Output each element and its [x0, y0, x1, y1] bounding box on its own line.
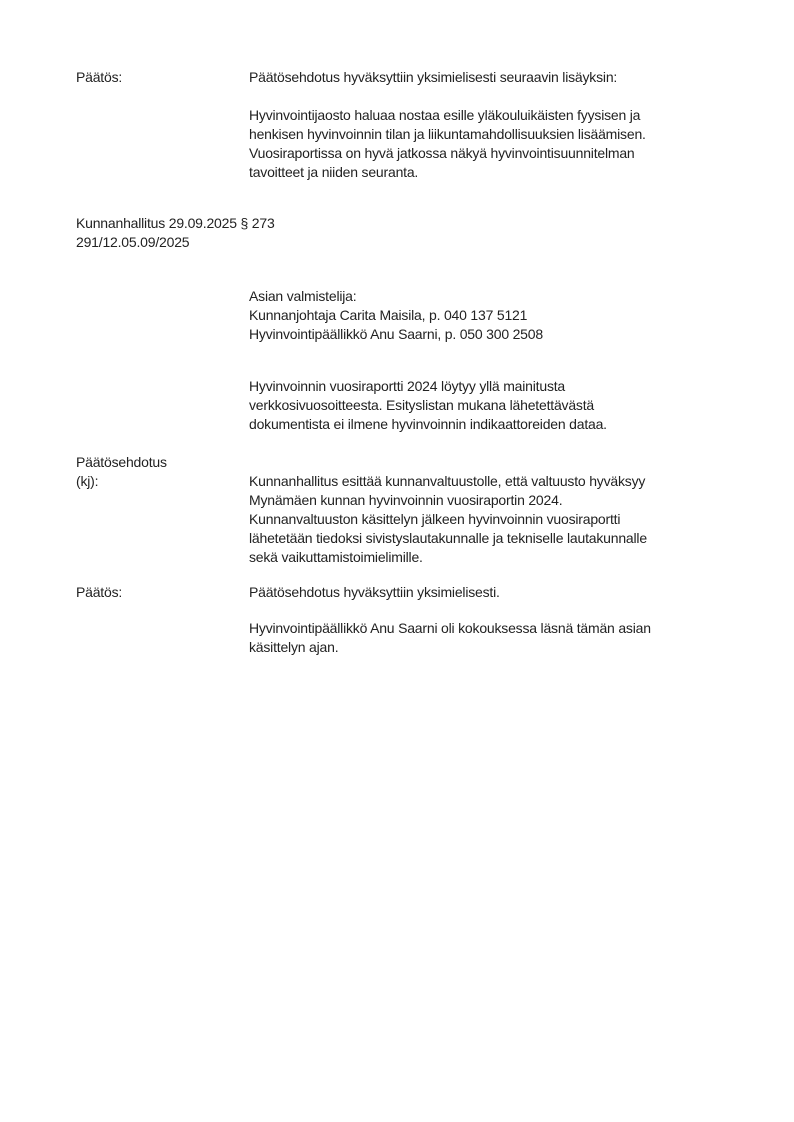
- addition-line: Vuosiraportissa on hyvä jatkossa näkyä h…: [249, 144, 739, 163]
- body-line: dokumentista ei ilmene hyvinvoinnin indi…: [249, 415, 739, 434]
- decision-addition: Hyvinvointijaosto haluaa nostaa esille y…: [249, 106, 739, 182]
- decision-label: Päätös:: [76, 68, 122, 87]
- addition-line: henkisen hyvinvoinnin tilan ja liikuntam…: [249, 125, 739, 144]
- meeting-heading: Kunnanhallitus 29.09.2025 § 273: [76, 214, 275, 233]
- body-line: verkkosivuosoitteesta. Esityslistan muka…: [249, 396, 739, 415]
- preparer-contact: Hyvinvointipäällikkö Anu Saarni, p. 050 …: [249, 325, 739, 344]
- body-paragraph: Hyvinvoinnin vuosiraportti 2024 löytyy y…: [249, 377, 739, 434]
- body-line: Hyvinvoinnin vuosiraportti 2024 löytyy y…: [249, 377, 739, 396]
- proposal-line: lähetetään tiedoksi sivistyslautakunnall…: [249, 529, 739, 548]
- addition-line: Hyvinvointijaosto haluaa nostaa esille y…: [249, 106, 739, 125]
- attendance-note: Hyvinvointipäällikkö Anu Saarni oli koko…: [249, 619, 739, 657]
- proposal-line: Kunnanvaltuuston käsittelyn jälkeen hyvi…: [249, 510, 739, 529]
- proposal-text: Kunnanhallitus esittää kunnanvaltuustoll…: [249, 472, 739, 567]
- preparer-contact: Kunnanjohtaja Carita Maisila, p. 040 137…: [249, 306, 739, 325]
- decision-text: Päätösehdotus hyväksyttiin yksimielisest…: [249, 68, 617, 87]
- note-line: Hyvinvointipäällikkö Anu Saarni oli koko…: [249, 619, 739, 638]
- proposal-label: Päätösehdotus: [76, 453, 167, 472]
- final-decision-text: Päätösehdotus hyväksyttiin yksimielisest…: [249, 583, 500, 602]
- case-number: 291/12.05.09/2025: [76, 233, 189, 252]
- note-line: käsittelyn ajan.: [249, 638, 739, 657]
- preparer-block: Asian valmistelija: Kunnanjohtaja Carita…: [249, 287, 739, 344]
- proposal-line: Kunnanhallitus esittää kunnanvaltuustoll…: [249, 472, 739, 491]
- proposal-line: sekä vaikuttamistoimielimille.: [249, 548, 739, 567]
- final-decision-label: Päätös:: [76, 583, 122, 602]
- preparer-heading: Asian valmistelija:: [249, 287, 739, 306]
- addition-line: tavoitteet ja niiden seuranta.: [249, 163, 739, 182]
- document-page: Päätös: Päätösehdotus hyväksyttiin yksim…: [0, 0, 794, 1122]
- proposal-line: Mynämäen kunnan hyvinvoinnin vuosiraport…: [249, 491, 739, 510]
- proposal-label-author: (kj):: [76, 472, 98, 491]
